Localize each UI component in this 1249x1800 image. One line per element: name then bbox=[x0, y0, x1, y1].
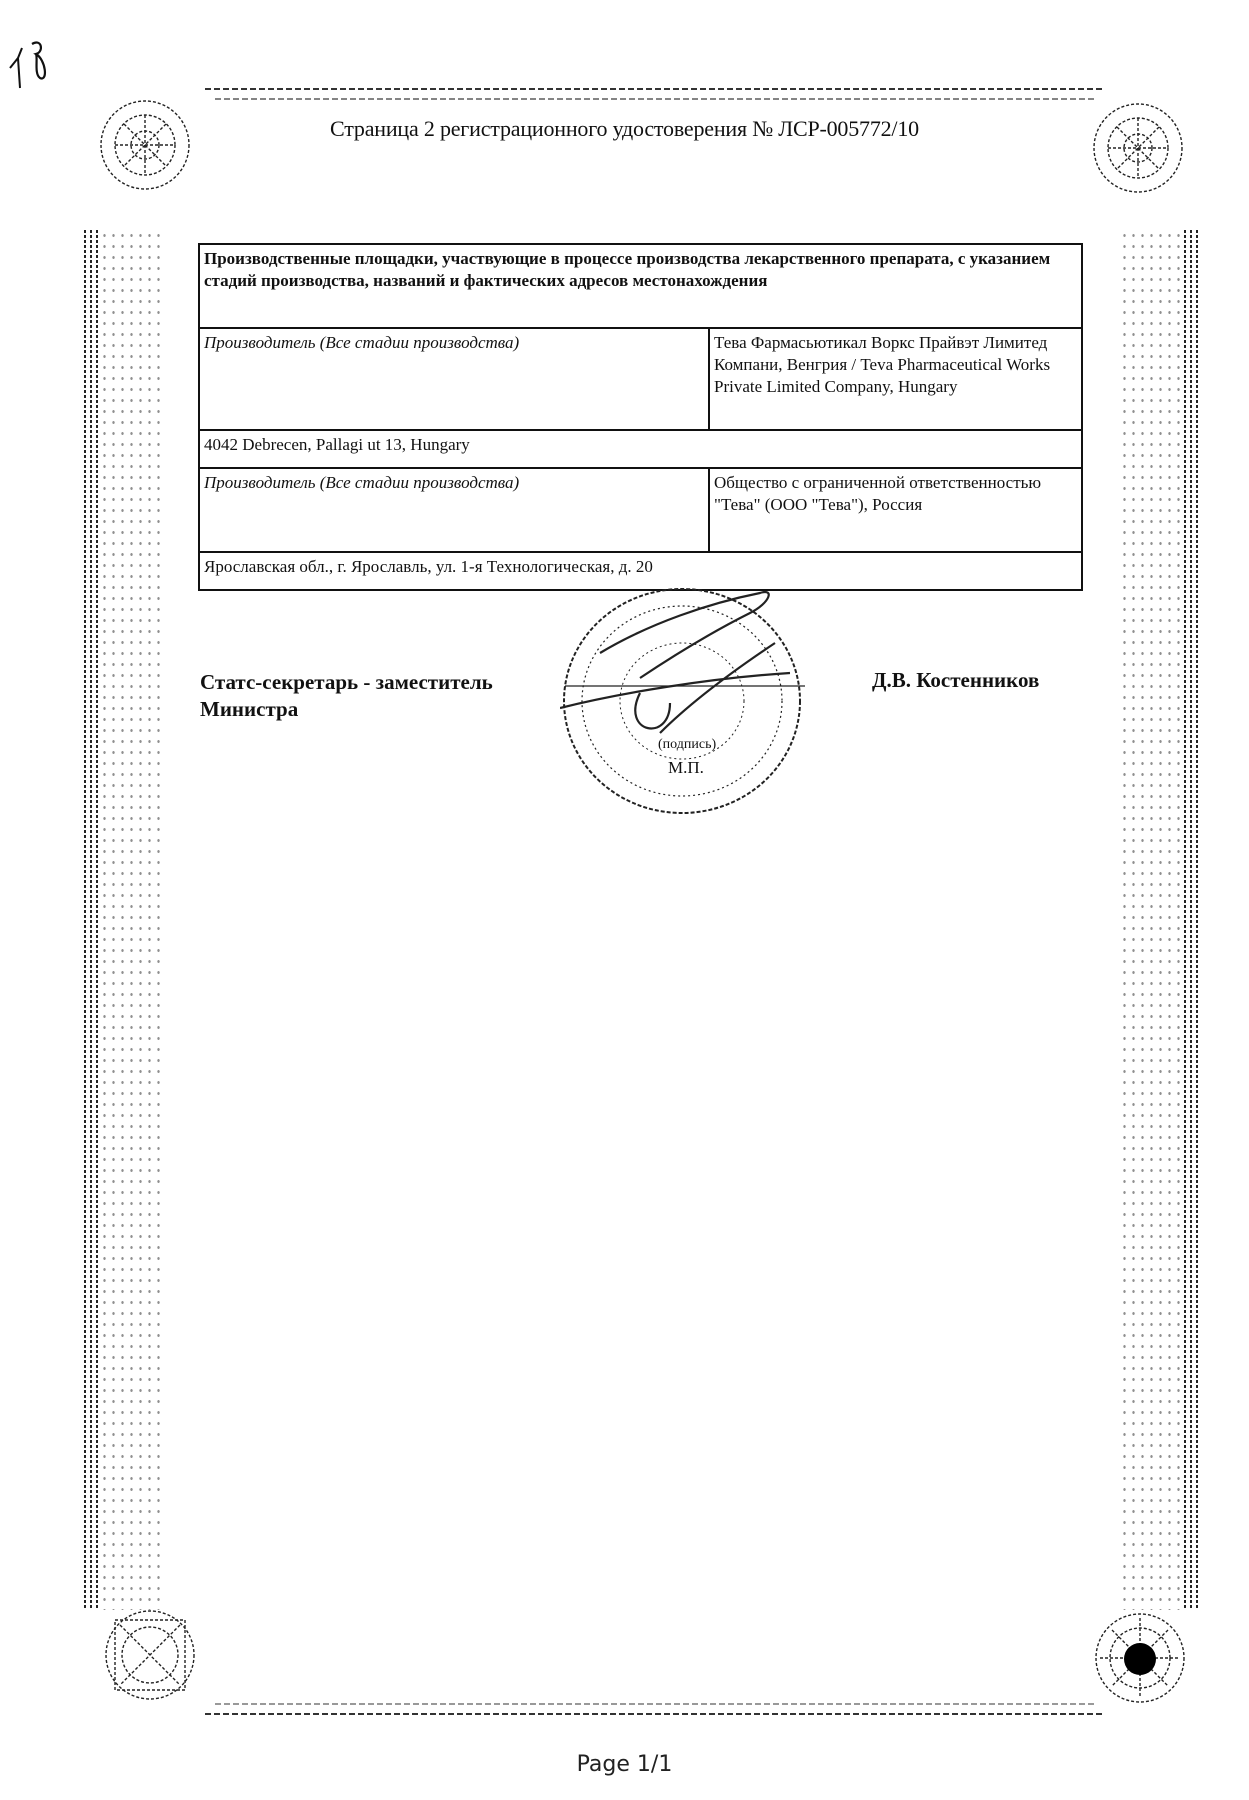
rosette-ornament-icon bbox=[1083, 93, 1193, 203]
manufacturer-address: 4042 Debrecen, Pallagi ut 13, Hungary bbox=[199, 430, 1082, 468]
signatory-name: Д.В. Костенников bbox=[872, 668, 1039, 693]
production-sites-table: Производственные площадки, участвующие в… bbox=[198, 243, 1083, 591]
rosette-ornament-icon bbox=[95, 1600, 205, 1710]
signatory-title: Статс-секретарь - заместитель Министра bbox=[200, 669, 493, 723]
manufacturer-name: Общество с ограниченной ответственностью… bbox=[709, 468, 1082, 552]
signatory-title-line2: Министра bbox=[200, 696, 493, 723]
signatory-title-line1: Статс-секретарь - заместитель bbox=[200, 669, 493, 696]
hole-punch-mark bbox=[1124, 1643, 1156, 1675]
handwritten-page-mark bbox=[8, 38, 58, 94]
table-heading: Производственные площадки, участвующие в… bbox=[199, 244, 1082, 328]
manufacturer-role: Производитель (Все стадии производства) bbox=[199, 328, 709, 430]
manufacturer-name: Тева Фармасьютикал Воркс Прайвэт Лимитед… bbox=[709, 328, 1082, 430]
manufacturer-role: Производитель (Все стадии производства) bbox=[199, 468, 709, 552]
page-title: Страница 2 регистрационного удостоверени… bbox=[0, 116, 1249, 142]
page-number: Page 1/1 bbox=[0, 1752, 1249, 1777]
table-row: Производитель (Все стадии производства) … bbox=[199, 468, 1082, 552]
official-seal-stamp: (подпись) М.П. bbox=[560, 583, 810, 819]
table-row: Производитель (Все стадии производства) … bbox=[199, 328, 1082, 430]
stamp-seal-caption: М.П. bbox=[668, 758, 704, 777]
table-header-row: Производственные площадки, участвующие в… bbox=[199, 244, 1082, 328]
stamp-signature-caption: (подпись) bbox=[658, 737, 716, 752]
rosette-ornament-icon bbox=[90, 90, 200, 200]
table-row: 4042 Debrecen, Pallagi ut 13, Hungary bbox=[199, 430, 1082, 468]
